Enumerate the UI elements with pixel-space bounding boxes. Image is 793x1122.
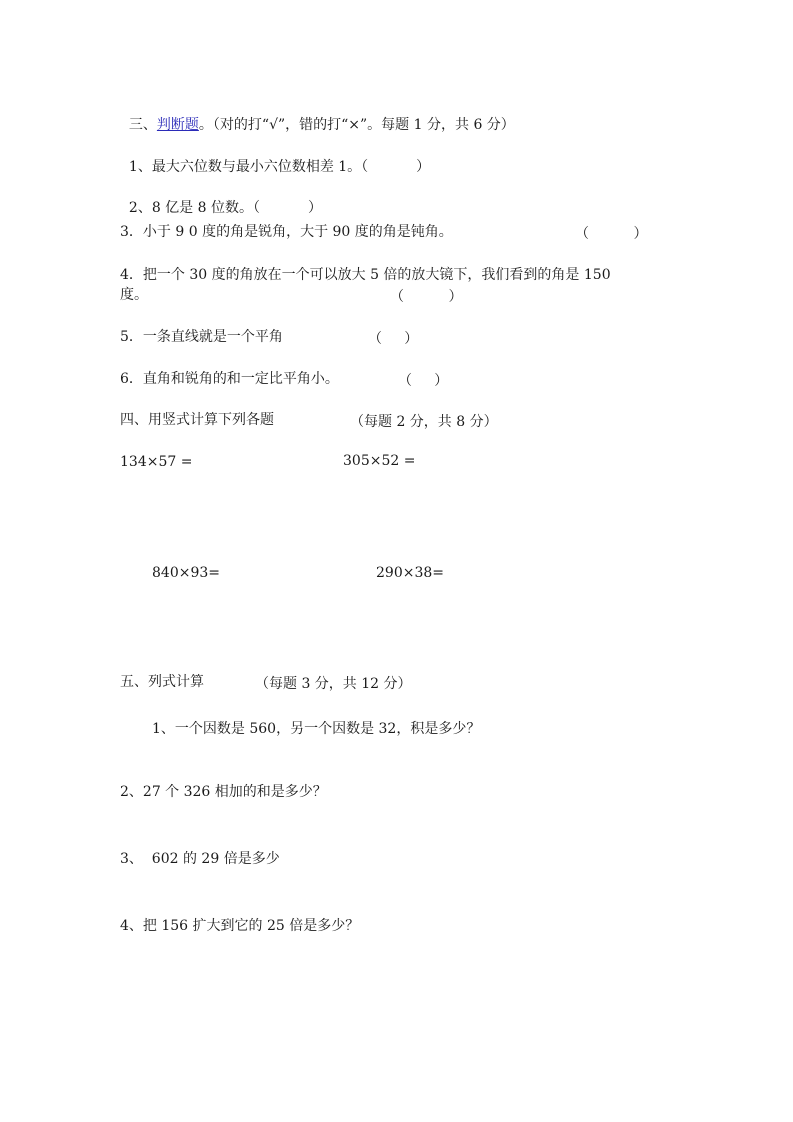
section3-instructions: 。（对的打“√”，错的打“×”。每题 1 分，共 6 分） [199,117,515,133]
word-problem-1: 1、一个因数是 560，另一个因数是 32，积是多少？ [152,718,480,738]
judgment-item-4: 4．把一个 30 度的角放在一个可以放大 5 倍的放大镜下，我们看到的角是 15… [120,266,611,284]
answer-blank-3[interactable]: （ ） [575,223,648,243]
calc-problem-1: 134×57 = [120,453,192,471]
judgment-item-2: 2、8 亿是 8 位数。（） [120,181,322,217]
judgment-item-6: 6．直角和锐角的和一定比平角小。 [120,370,339,388]
answer-blank-5[interactable]: （ ） [368,328,418,348]
section4-score: （每题 2 分，共 8 分） [350,411,498,431]
judgment-item-5: 5．一条直线就是一个平角 [120,328,283,346]
section5-title: 五、列式计算 [120,673,204,691]
section3-prefix: 三、 [129,117,157,133]
judgment-item-1-text: 1、最大六位数与最小六位数相差 1。（ [129,159,368,175]
answer-blank-4[interactable]: （ ） [390,286,463,306]
calc-problem-4: 290×38= [376,565,444,581]
word-problem-2: 2、27 个 326 相加的和是多少？ [120,783,327,801]
section3-heading: 三、判断题。（对的打“√”，错的打“×”。每题 1 分，共 6 分） [120,98,515,134]
section4-title: 四、用竖式计算下列各题 [120,411,274,429]
answer-paren-close: ） [308,200,322,216]
section5-score: （每题 3 分，共 12 分） [255,673,412,693]
judgment-item-3: 3．小于 9 0 度的角是锐角，大于 90 度的角是钝角。 [120,223,453,241]
judgment-item-4-cont: 度。 [120,286,148,304]
calc-problem-2: 305×52 = [343,453,415,469]
word-problem-3: 3、 602 的 29 倍是多少 [120,850,280,868]
judgment-questions-link[interactable]: 判断题 [157,117,199,133]
answer-paren-close: ） [416,159,430,175]
word-problem-4: 4、把 156 扩大到它的 25 倍是多少？ [120,917,359,935]
calc-problem-3: 840×93= [152,565,220,581]
judgment-item-2-text: 2、8 亿是 8 位数。（ [129,200,260,216]
judgment-item-1: 1、最大六位数与最小六位数相差 1。（） [120,140,430,176]
answer-blank-6[interactable]: （ ） [398,370,448,390]
